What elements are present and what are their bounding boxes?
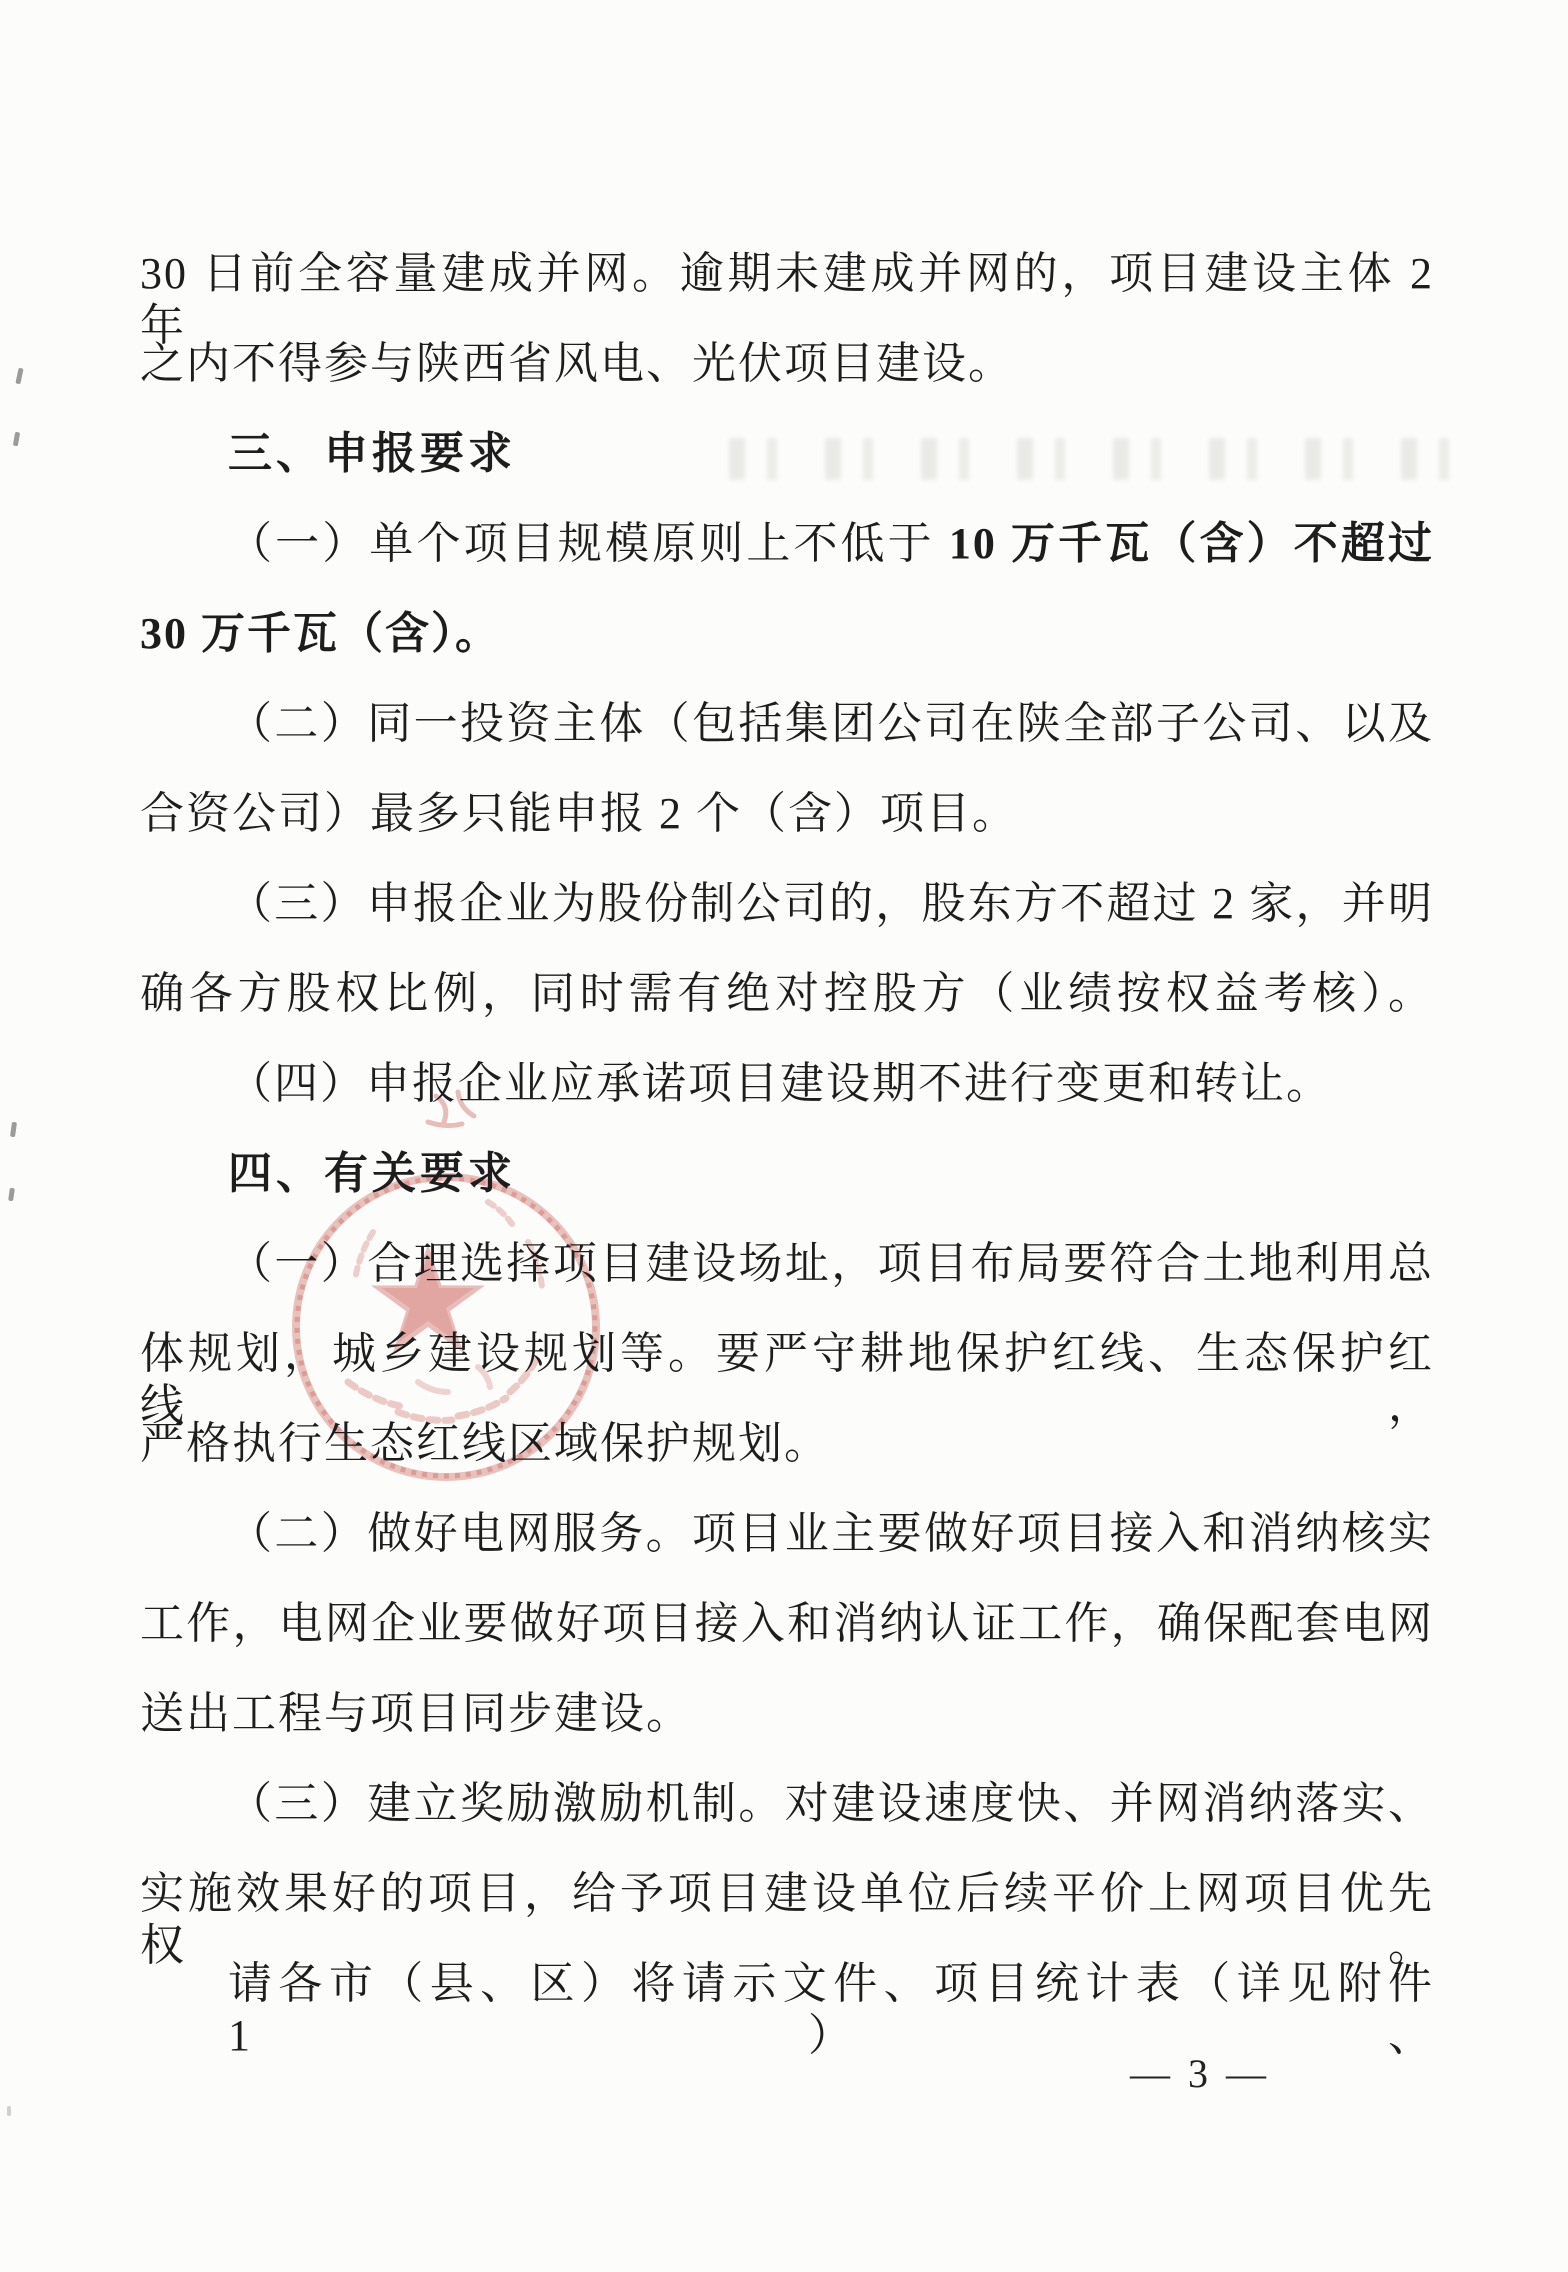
text-line: （二）做好电网服务。项目业主要做好项目接入和消纳核实 — [140, 1508, 1434, 1598]
scan-speck — [13, 432, 20, 447]
text-line: 送出工程与项目同步建设。 — [140, 1688, 1434, 1778]
text-run: （二）同一投资主体（包括集团公司在陕全部子公司、以及 — [228, 699, 1434, 748]
text-run: 10 万千瓦（含）不超过 — [949, 519, 1434, 568]
text-run: （四）申报企业应承诺项目建设期不进行变更和转让。 — [228, 1059, 1332, 1108]
text-line: 之内不得参与陕西省风电、光伏项目建设。 — [140, 338, 1434, 428]
text-run: 严格执行生态红线区域保护规划。 — [140, 1419, 830, 1468]
scan-speck — [10, 1122, 17, 1138]
text-run: （二）做好电网服务。项目业主要做好项目接入和消纳核实 — [228, 1509, 1434, 1558]
text-run: 30 万千瓦（含）。 — [140, 609, 501, 658]
text-run: （三）建立奖励激励机制。对建设速度快、并网消纳落实、 — [228, 1779, 1434, 1828]
scan-speck — [7, 2106, 11, 2116]
scan-speck — [8, 1188, 15, 1202]
text-run: 送出工程与项目同步建设。 — [140, 1689, 692, 1738]
scanned-document-page: 30 日前全容量建成并网。逾期未建成并网的，项目建设主体 2 年之内不得参与陕西… — [0, 0, 1568, 2272]
text-line: （三）建立奖励激励机制。对建设速度快、并网消纳落实、 — [140, 1778, 1434, 1868]
text-line: 工作，电网企业要做好项目接入和消纳认证工作，确保配套电网 — [140, 1598, 1434, 1688]
text-line: 合资公司）最多只能申报 2 个（含）项目。 — [140, 788, 1434, 878]
text-run: 30 日前全容量建成并网。逾期未建成并网的，项目建设主体 2 年 — [140, 249, 1434, 350]
text-run: 三、申报要求 — [228, 429, 516, 478]
text-line: 30 日前全容量建成并网。逾期未建成并网的，项目建设主体 2 年 — [140, 248, 1434, 338]
page-number: — 3 — — [1090, 2050, 1310, 2097]
text-run: 请各市（县、区）将请示文件、项目统计表（详见附件 1）、 — [228, 1959, 1434, 2060]
text-run: 工作，电网企业要做好项目接入和消纳认证工作，确保配套电网 — [140, 1599, 1434, 1648]
text-run: 确各方股权比例，同时需有绝对控股方（业绩按权益考核）。 — [140, 969, 1434, 1018]
text-run: 四、有关要求 — [228, 1149, 516, 1198]
text-line: 确各方股权比例，同时需有绝对控股方（业绩按权益考核）。 — [140, 968, 1434, 1058]
document-lines: 30 日前全容量建成并网。逾期未建成并网的，项目建设主体 2 年之内不得参与陕西… — [140, 248, 1434, 2048]
section-heading: 四、有关要求 — [140, 1148, 1434, 1238]
text-run: （三）申报企业为股份制公司的，股东方不超过 2 家，并明 — [228, 879, 1434, 928]
text-line: （一）合理选择项目建设场址，项目布局要符合土地利用总 — [140, 1238, 1434, 1328]
text-line: （三）申报企业为股份制公司的，股东方不超过 2 家，并明 — [140, 878, 1434, 968]
text-line: （二）同一投资主体（包括集团公司在陕全部子公司、以及 — [140, 698, 1434, 788]
text-run: （一）合理选择项目建设场址，项目布局要符合土地利用总 — [228, 1239, 1434, 1288]
text-run: 合资公司）最多只能申报 2 个（含）项目。 — [140, 789, 1018, 838]
text-run: （一）单个项目规模原则上不低于 — [228, 519, 949, 568]
text-line: 体规划，城乡建设规划等。要严守耕地保护红线、生态保护红线， — [140, 1328, 1434, 1418]
text-run: 实施效果好的项目，给予项目建设单位后续平价上网项目优先权。 — [140, 1869, 1434, 1970]
text-line: 实施效果好的项目，给予项目建设单位后续平价上网项目优先权。 — [140, 1868, 1434, 1958]
section-heading: 三、申报要求 — [140, 428, 1434, 518]
scan-speck — [15, 368, 23, 385]
text-line: （一）单个项目规模原则上不低于 10 万千瓦（含）不超过 — [140, 518, 1434, 608]
text-line: （四）申报企业应承诺项目建设期不进行变更和转让。 — [140, 1058, 1434, 1148]
text-run: 之内不得参与陕西省风电、光伏项目建设。 — [140, 339, 1014, 388]
text-run: 体规划，城乡建设规划等。要严守耕地保护红线、生态保护红线， — [140, 1329, 1434, 1430]
text-line: 30 万千瓦（含）。 — [140, 608, 1434, 698]
text-line: 请各市（县、区）将请示文件、项目统计表（详见附件 1）、 — [140, 1958, 1434, 2048]
